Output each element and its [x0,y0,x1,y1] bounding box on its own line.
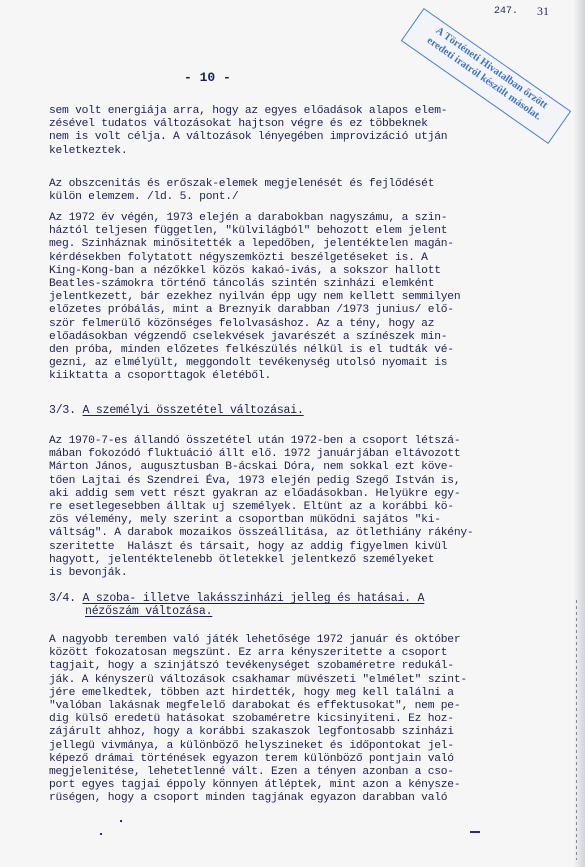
text-line: jére emelkedtek, többen azt hirdették, h… [49,687,549,700]
page-number: - 10 - [184,70,231,85]
text-line: kérdésekben folytatott négyszemközti bes… [49,252,549,265]
text-line: tően Lajtai és Szendrei Éva, 1973 elején… [49,475,549,488]
text-line: mában fokozódó fluktuáció állt elő. 1972… [49,448,549,461]
text-line: jelentkezett, bár ezekhez nyilván épp ug… [49,291,549,304]
text-line: képező drámai történések egyazon terem k… [49,753,549,766]
paragraph-3: Az 1972 év végén, 1973 elején a darabokb… [49,212,549,384]
section-number: 3/4. [49,592,76,605]
text-line: Az 1972 év végén, 1973 elején a darabokb… [49,212,549,225]
archive-folio-number: 31 [537,4,549,19]
text-line: Beatles-számokra történő táncolás szinté… [49,278,549,291]
text-line: Az obszcenitás és erőszak-elemek megjele… [49,178,549,191]
text-line: tagjait, hogy a szinjátszó tevékenységet… [49,660,549,673]
text-line: kiiktatta a csoporttagok életéből. [49,370,549,383]
text-line: dig külső eredetü hatásokat szobaméretre… [49,713,549,726]
text-line: meg. Szinháznak minősitették a lepedőben… [49,238,549,251]
text-line: is bevonják. [49,567,549,580]
text-line: előzetes próbálás, mint a Breznyik darab… [49,304,549,317]
text-line: Az 1970-7-es állandó összetétel után 197… [49,435,549,448]
section-3-4-body: A nagyobb teremben való játék lehetősége… [49,634,549,806]
text-line: zájárult ahhoz, hogy a korábbi szakaszok… [49,726,549,739]
text-line: háztól teljesen független, "külvilágból"… [49,225,549,238]
text-line: között fokozatosan megszünt. Ez arra kén… [49,647,549,660]
archive-number: 247. [494,6,518,17]
section-title: A személyi összetétel változásai. [83,404,304,417]
text-line: ják. A kényszerü változások csakhamar mü… [49,674,549,687]
text-line: előadásokban végzendő cselekvések javaré… [49,331,549,344]
text-line: rüségen, hogy a csoport minden tagjának … [49,792,549,805]
text-line: nem is volt célja. A változások lényegéb… [49,131,549,144]
text-line: re esetlegesebben álltak uj személyek. E… [49,501,549,514]
text-line: zös vélemény, mely szerint a csoportban … [49,514,549,527]
text-line: jellegü vivmánya, a különböző helyszinek… [49,740,549,753]
section-title-continued: nézőszám változása. [85,605,212,618]
text-line: "valóban lakásnak megfelelő darabokat és… [49,700,549,713]
text-line: Márton János, augusztusban B-ácskai Dóra… [49,461,549,474]
text-line: port egyes tagjai éppoly könnyen átlépte… [49,779,549,792]
text-line: hagyott, jelentéktelenebb ötletekkel jel… [49,554,549,567]
section-number: 3/3. [49,404,76,417]
text-line: váltság". A darabok mozaikos összeállitá… [49,527,549,540]
text-line: ször felmerülő közönséges felolvasáshoz.… [49,318,549,331]
paragraph-2: Az obszcenitás és erőszak-elemek megjele… [49,178,549,204]
text-line: A nagyobb teremben való játék lehetősége… [49,634,549,647]
page-edge-binding [576,600,577,860]
text-line: King-Kong-ban a nézőkkel közös kakaó-ivá… [49,265,549,278]
page-edge-shadow [573,0,585,867]
section-heading-3-4: 3/4. A szoba- illetve lakásszinházi jell… [49,592,424,618]
text-line: szeritette Halászt és társait, hogy az a… [49,541,549,554]
text-line: keletkeztek. [49,145,549,158]
text-line: den próba, minden előzetes felkészülés n… [49,344,549,357]
text-line: megjelenitése, lehetetlenné vált. Ezen a… [49,766,549,779]
text-line: aki addig sem vett részt gyakran az előa… [49,488,549,501]
document-page: 247. 31 A Történeti Hivatalban őrzött er… [0,0,585,867]
text-line: zésével tudatos változásokat hajtson vég… [49,118,549,131]
text-line: sem volt energiája arra, hogy az egyes e… [49,105,549,118]
paragraph-1: sem volt energiája arra, hogy az egyes e… [49,105,549,158]
section-heading-3-3: 3/3. A személyi összetétel változásai. [49,404,304,417]
text-line: gezni, az elmélyült, meggondolt tevékeny… [49,357,549,370]
section-title: A szoba- illetve lakásszinházi jelleg és… [83,592,425,605]
section-3-3-body: Az 1970-7-es állandó összetétel után 197… [49,435,549,580]
text-line: külön elemzem. /ld. 5. pont./ [49,191,549,204]
